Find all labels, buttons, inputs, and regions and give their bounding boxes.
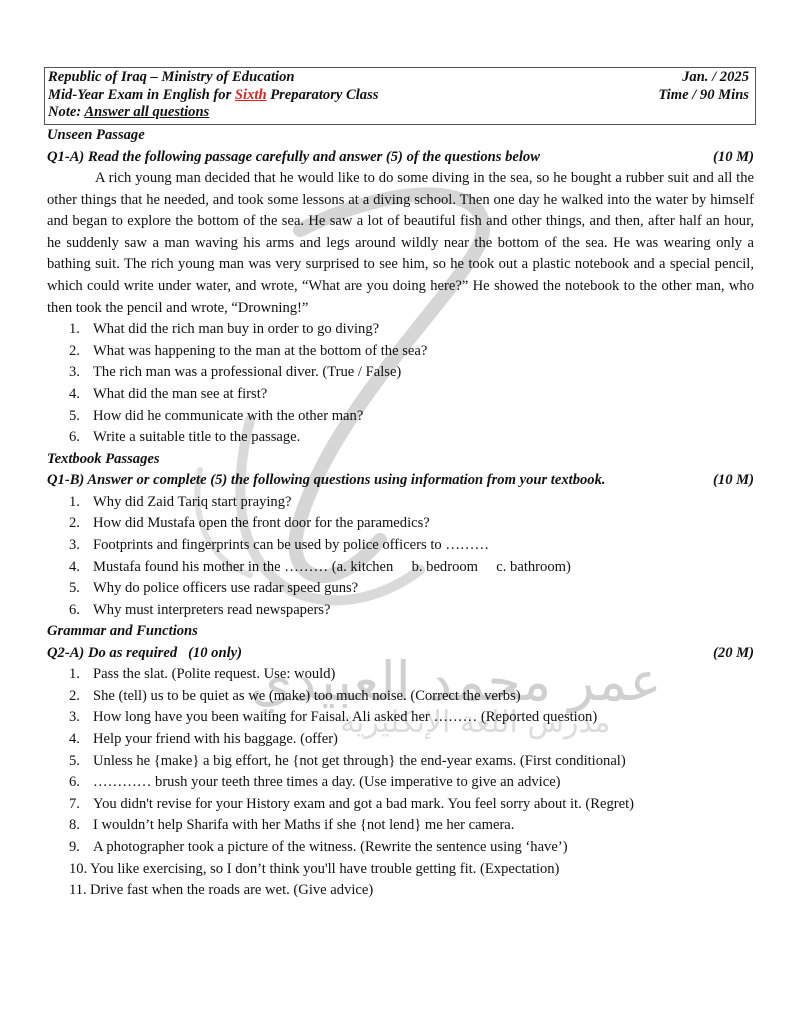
list-item: 5.Why do police officers use radar speed… bbox=[44, 578, 756, 600]
question-marks: (10 M) bbox=[713, 147, 754, 169]
item-number: 2. bbox=[69, 513, 93, 535]
list-item: 2.She (tell) us to be quiet as we (make)… bbox=[44, 686, 756, 708]
list-item: 3.The rich man was a professional diver.… bbox=[44, 362, 756, 384]
section-heading-textbook: Textbook Passages bbox=[47, 449, 756, 471]
section-heading-grammar: Grammar and Functions bbox=[47, 621, 756, 643]
item-text: The rich man was a professional diver. (… bbox=[93, 362, 401, 384]
item-text: What did the man see at first? bbox=[93, 384, 267, 406]
list-item: 9.A photographer took a picture of the w… bbox=[44, 837, 756, 859]
item-text: Drive fast when the roads are wet. (Give… bbox=[90, 880, 373, 902]
item-text: How did he communicate with the other ma… bbox=[93, 406, 363, 428]
list-item: 5.How did he communicate with the other … bbox=[44, 406, 756, 428]
item-text: Why must interpreters read newspapers? bbox=[93, 600, 330, 622]
question-marks: (10 M) bbox=[713, 470, 754, 492]
item-number: 1. bbox=[69, 492, 93, 514]
item-number: 5. bbox=[69, 406, 93, 428]
exam-date: Jan. / 2025 bbox=[682, 69, 749, 87]
list-item: 1.Why did Zaid Tariq start praying? bbox=[44, 492, 756, 514]
item-text: Footprints and fingerprints can be used … bbox=[93, 535, 489, 557]
list-item: 4.Help your friend with his baggage. (of… bbox=[44, 729, 756, 751]
item-number: 6. bbox=[69, 772, 93, 794]
question-q1a: Q1-A) Read the following passage careful… bbox=[47, 147, 756, 169]
list-item: 7.You didn't revise for your History exa… bbox=[44, 794, 756, 816]
exam-title: Mid-Year Exam in English for Sixth Prepa… bbox=[48, 87, 378, 105]
ministry-title: Republic of Iraq – Ministry of Education bbox=[48, 69, 295, 87]
list-item: 5.Unless he {make} a big effort, he {not… bbox=[44, 751, 756, 773]
list-item: 6.Why must interpreters read newspapers? bbox=[44, 600, 756, 622]
item-number: 7. bbox=[69, 794, 93, 816]
item-number: 11. bbox=[69, 880, 90, 902]
item-number: 4. bbox=[69, 384, 93, 406]
item-number: 5. bbox=[69, 751, 93, 773]
question-q1b: Q1-B) Answer or complete (5) the followi… bbox=[47, 470, 756, 492]
item-text: What was happening to the man at the bot… bbox=[93, 341, 427, 363]
item-number: 10. bbox=[69, 859, 90, 881]
list-item: 2.What was happening to the man at the b… bbox=[44, 341, 756, 363]
exam-duration: Time / 90 Mins bbox=[658, 87, 749, 105]
list-item: 6.………… brush your teeth three times a da… bbox=[44, 772, 756, 794]
list-item: 2.How did Mustafa open the front door fo… bbox=[44, 513, 756, 535]
question-title: Q1-B) Answer or complete (5) the followi… bbox=[47, 470, 606, 492]
item-number: 4. bbox=[69, 729, 93, 751]
item-number: 3. bbox=[69, 535, 93, 557]
note-label: Note: bbox=[48, 104, 84, 120]
textbook-question-list: 1.Why did Zaid Tariq start praying?2.How… bbox=[44, 492, 756, 622]
item-number: 8. bbox=[69, 815, 93, 837]
item-text: How long have you been waiting for Faisa… bbox=[93, 707, 597, 729]
item-text: Pass the slat. (Polite request. Use: wou… bbox=[93, 664, 335, 686]
item-text: Unless he {make} a big effort, he {not g… bbox=[93, 751, 626, 773]
list-item: 11.Drive fast when the roads are wet. (G… bbox=[44, 880, 756, 902]
item-number: 3. bbox=[69, 707, 93, 729]
item-number: 2. bbox=[69, 341, 93, 363]
item-text: ………… brush your teeth three times a day.… bbox=[93, 772, 561, 794]
section-heading-unseen: Unseen Passage bbox=[47, 125, 756, 147]
list-item: 10.You like exercising, so I don’t think… bbox=[44, 859, 756, 881]
list-item: 1.Pass the slat. (Polite request. Use: w… bbox=[44, 664, 756, 686]
grammar-question-list: 1.Pass the slat. (Polite request. Use: w… bbox=[44, 664, 756, 902]
item-text: Why did Zaid Tariq start praying? bbox=[93, 492, 292, 514]
question-marks: (20 M) bbox=[713, 643, 754, 665]
item-text: Why do police officers use radar speed g… bbox=[93, 578, 358, 600]
item-number: 2. bbox=[69, 686, 93, 708]
item-text: A photographer took a picture of the wit… bbox=[93, 837, 568, 859]
unseen-question-list: 1.What did the rich man buy in order to … bbox=[44, 319, 756, 449]
item-text: Mustafa found his mother in the ……… (a. … bbox=[93, 557, 571, 579]
exam-note: Note: Answer all questions bbox=[48, 104, 209, 122]
item-text: I wouldn’t help Sharifa with her Maths i… bbox=[93, 815, 514, 837]
note-text: Answer all questions bbox=[84, 104, 209, 120]
item-text: What did the rich man buy in order to go… bbox=[93, 319, 379, 341]
question-title: Q2-A) Do as required (10 only) bbox=[47, 643, 242, 665]
header-row-3: Note: Answer all questions bbox=[48, 104, 749, 122]
list-item: 3.Footprints and fingerprints can be use… bbox=[44, 535, 756, 557]
exam-title-prefix: Mid-Year Exam in English for bbox=[48, 87, 235, 103]
question-title: Q1-A) Read the following passage careful… bbox=[47, 147, 540, 169]
item-number: 3. bbox=[69, 362, 93, 384]
class-level: Sixth bbox=[235, 87, 267, 103]
item-number: 6. bbox=[69, 427, 93, 449]
list-item: 8.I wouldn’t help Sharifa with her Maths… bbox=[44, 815, 756, 837]
list-item: 3.How long have you been waiting for Fai… bbox=[44, 707, 756, 729]
list-item: 1.What did the rich man buy in order to … bbox=[44, 319, 756, 341]
item-text: You like exercising, so I don’t think yo… bbox=[90, 859, 559, 881]
item-text: Write a suitable title to the passage. bbox=[93, 427, 300, 449]
exam-title-suffix: Preparatory Class bbox=[267, 87, 379, 103]
item-number: 5. bbox=[69, 578, 93, 600]
header-row-2: Mid-Year Exam in English for Sixth Prepa… bbox=[48, 87, 749, 105]
exam-header: Republic of Iraq – Ministry of Education… bbox=[44, 67, 756, 125]
header-row-1: Republic of Iraq – Ministry of Education… bbox=[48, 69, 749, 87]
item-number: 9. bbox=[69, 837, 93, 859]
item-number: 1. bbox=[69, 664, 93, 686]
item-number: 4. bbox=[69, 557, 93, 579]
list-item: 4.What did the man see at first? bbox=[44, 384, 756, 406]
item-text: She (tell) us to be quiet as we (make) t… bbox=[93, 686, 521, 708]
question-q2a: Q2-A) Do as required (10 only) (20 M) bbox=[47, 643, 756, 665]
item-text: How did Mustafa open the front door for … bbox=[93, 513, 430, 535]
item-number: 1. bbox=[69, 319, 93, 341]
list-item: 6.Write a suitable title to the passage. bbox=[44, 427, 756, 449]
exam-page: Republic of Iraq – Ministry of Education… bbox=[44, 67, 756, 902]
item-text: Help your friend with his baggage. (offe… bbox=[93, 729, 338, 751]
reading-passage: A rich young man decided that he would l… bbox=[47, 168, 754, 319]
item-text: You didn't revise for your History exam … bbox=[93, 794, 634, 816]
item-number: 6. bbox=[69, 600, 93, 622]
list-item: 4.Mustafa found his mother in the ……… (a… bbox=[44, 557, 756, 579]
